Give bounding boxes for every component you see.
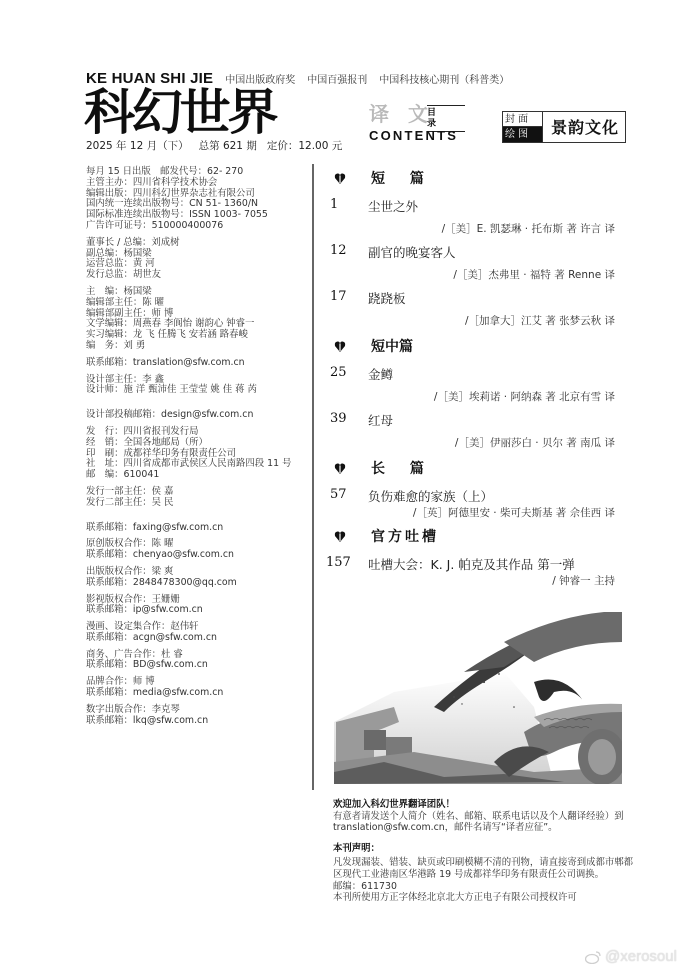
- info-line: 设计师：施 洋 甄沛佳 王莹莹 姚 佳 蒋 芮: [86, 385, 306, 396]
- info-line: 经 销：全国各地邮局（所）: [86, 438, 306, 449]
- statement-title: 本刊声明：: [333, 843, 633, 855]
- info-line: 联系邮箱：ip@sfw.com.cn: [86, 605, 306, 616]
- cover-artist: 景韵文化: [542, 112, 625, 142]
- author-translator: /［美］E. 凯瑟琳 · 托布斯 著 许言 译: [442, 221, 615, 236]
- contents-heading: 译 文 目 录 CONTENTS: [369, 103, 469, 147]
- section-heading: 短中篇: [330, 335, 620, 357]
- info-line: 编辑部主任：陈 曜: [86, 298, 306, 309]
- recruit-body: 有意者请发送个人简介（姓名、邮箱、联系电话以及个人翻译经验）到 translat…: [333, 811, 633, 834]
- weibo-icon: [585, 950, 601, 964]
- statement-line: 邮编：611730: [333, 881, 633, 893]
- author-translator: /［加拿大］江艾 著 张梦云秋 译: [465, 313, 615, 328]
- info-group: 品牌合作：师 博联系邮箱：media@sfw.com.cn: [86, 677, 306, 699]
- info-group: 影视版权合作：王姗姗联系邮箱：ip@sfw.com.cn: [86, 595, 306, 617]
- issue-date: 2025 年 12 月（下）: [86, 138, 189, 153]
- statement-line: 本刊所使用方正字体经北京北大方正电子有限公司授权许可: [333, 892, 633, 904]
- story-title: 红母: [368, 411, 393, 429]
- story-title: 跷跷板: [368, 289, 406, 307]
- info-group: 出版版权合作：梁 爽联系邮箱：2848478300@qq.com: [86, 567, 306, 589]
- masthead: KE HUAN SHI JIE 中国出版政府奖 中国百强报刊 中国科技核心期刊（…: [86, 70, 626, 160]
- toc-entry[interactable]: 25 金鳟 /［美］埃莉诺 · 阿纳森 著 北京有雪 译: [330, 365, 620, 411]
- info-line: 联系邮箱：chenyao@sfw.com.cn: [86, 550, 306, 561]
- vertical-divider: [312, 164, 314, 790]
- author-translator: /［美］埃莉诺 · 阿纳森 著 北京有雪 译: [434, 389, 615, 404]
- page-number: 25: [330, 365, 366, 380]
- info-group: 每月 15 日出版 邮发代号：62- 270主管主办：四川省科学技术协会编辑出版…: [86, 167, 306, 232]
- section-heading: 短 篇: [330, 167, 620, 189]
- info-line: 主管主办：四川省科学技术协会: [86, 178, 306, 189]
- info-group: 设计部投稿邮箱：design@sfw.com.cn: [86, 410, 306, 421]
- contents-latin: CONTENTS: [369, 128, 458, 143]
- dragon-scene-icon: [334, 612, 622, 784]
- cover-credit-box: 封 面 绘 图 景韵文化: [502, 111, 626, 143]
- toc-entry[interactable]: 39 红母 /［美］伊丽莎白 · 贝尔 著 南瓜 译: [330, 411, 620, 457]
- watermark-handle: @xerosoul: [605, 948, 677, 965]
- honor-item: 中国科技核心期刊（科普类）: [379, 71, 509, 86]
- author-translator: /［英］阿德里安 · 柴可夫斯基 著 佘佳西 译: [413, 505, 615, 520]
- section-bullet-icon: [333, 461, 347, 475]
- total-issue: 总第 621 期: [199, 138, 257, 153]
- info-line: 联系邮箱：2848478300@qq.com: [86, 578, 306, 589]
- recruit-title: 欢迎加入科幻世界翻译团队！: [333, 799, 633, 811]
- issue-info: 2025 年 12 月（下） 总第 621 期 定价：12.00 元: [86, 138, 342, 153]
- section-title: 短中篇: [371, 336, 413, 356]
- toc-entry[interactable]: 1 尘世之外 /［美］E. 凯瑟琳 · 托布斯 著 许言 译: [330, 197, 620, 243]
- page-number: 12: [330, 243, 366, 258]
- info-group: 设计部主任：李 鑫设计师：施 洋 甄沛佳 王莹莹 姚 佳 蒋 芮: [86, 375, 306, 397]
- honor-item: 中国百强报刊: [307, 71, 367, 86]
- illustration-label: 绘 图: [503, 127, 542, 142]
- toc-entry[interactable]: 17 跷跷板 /［加拿大］江艾 著 张梦云秋 译: [330, 289, 620, 335]
- info-group: 商务、广告合作：杜 睿联系邮箱：BD@sfw.com.cn: [86, 650, 306, 672]
- info-line: 设计部投稿邮箱：design@sfw.com.cn: [86, 410, 306, 421]
- notices: 欢迎加入科幻世界翻译团队！ 有意者请发送个人简介（姓名、邮箱、联系电话以及个人翻…: [333, 799, 633, 913]
- price: 定价：12.00 元: [267, 138, 342, 153]
- story-title: 副官的晚宴客人: [368, 243, 456, 261]
- author-translator: / 钟睿一 主持: [552, 573, 615, 588]
- author-translator: /［美］杰弗里 · 福特 著 Renne 译: [453, 267, 615, 282]
- info-line: 发行二部主任：吴 民: [86, 498, 306, 509]
- statement-line: 凡发现漏装、错装、缺页或印刷模糊不清的刊物，请直接寄到成都市郫都区现代工业港南区…: [333, 857, 633, 880]
- cover-label: 封 面: [503, 112, 542, 127]
- publication-info-column: 每月 15 日出版 邮发代号：62- 270主管主办：四川省科学技术协会编辑出版…: [86, 167, 306, 732]
- info-group: 发行一部主任：侯 嘉发行二部主任：吴 民: [86, 487, 306, 509]
- info-line: 联系邮箱：media@sfw.com.cn: [86, 688, 306, 699]
- section-heading: 官方吐槽: [330, 525, 620, 547]
- story-title: 尘世之外: [368, 197, 418, 215]
- info-line: 编 务：刘 勇: [86, 341, 306, 352]
- magazine-logo: 科幻世界: [84, 87, 275, 139]
- info-group: 原创版权合作：陈 曜联系邮箱：chenyao@sfw.com.cn: [86, 539, 306, 561]
- cover-credit-labels: 封 面 绘 图: [503, 112, 542, 142]
- info-group: 发 行：四川省报刊发行局经 销：全国各地邮局（所）印 刷：成都祥华印务有限责任公…: [86, 427, 306, 481]
- page-number: 39: [330, 411, 366, 426]
- table-of-contents: 短 篇 1 尘世之外 /［美］E. 凯瑟琳 · 托布斯 著 许言 译 12 副官…: [330, 167, 620, 593]
- section-heading: 长 篇: [330, 457, 620, 479]
- dragon-illustration: [334, 612, 622, 784]
- info-line: 联系邮箱：translation@sfw.com.cn: [86, 358, 306, 369]
- story-title: 吐槽大会：K. J. 帕克及其作品 第一弹: [368, 555, 575, 573]
- info-line: 联系邮箱：BD@sfw.com.cn: [86, 660, 306, 671]
- section-bullet-icon: [333, 529, 347, 543]
- info-line: 广告许可证号：510000400076: [86, 221, 306, 232]
- info-line: 联系邮箱：acgn@sfw.com.cn: [86, 633, 306, 644]
- toc-entry[interactable]: 12 副官的晚宴客人 /［美］杰弗里 · 福特 著 Renne 译: [330, 243, 620, 289]
- page-number: 1: [330, 197, 366, 212]
- info-group: 漫画、设定集合作：赵伟轩联系邮箱：acgn@sfw.com.cn: [86, 622, 306, 644]
- info-line: 联系邮箱：lkq@sfw.com.cn: [86, 716, 306, 727]
- info-line: 发行总监：胡世友: [86, 270, 306, 281]
- info-group: 数字出版合作：李克琴联系邮箱：lkq@sfw.com.cn: [86, 705, 306, 727]
- toc-entry[interactable]: 157 吐槽大会：K. J. 帕克及其作品 第一弹 / 钟睿一 主持: [330, 555, 620, 593]
- section-bullet-icon: [333, 339, 347, 353]
- statement-notice: 本刊声明： 凡发现漏装、错装、缺页或印刷模糊不清的刊物，请直接寄到成都市郫都区现…: [333, 843, 633, 904]
- section-title: 短 篇: [371, 168, 434, 188]
- info-group: 联系邮箱：faxing@sfw.com.cn: [86, 523, 306, 534]
- recruit-notice: 欢迎加入科幻世界翻译团队！ 有意者请发送个人简介（姓名、邮箱、联系电话以及个人翻…: [333, 799, 633, 834]
- page-number: 157: [326, 555, 362, 570]
- author-translator: /［美］伊丽莎白 · 贝尔 著 南瓜 译: [455, 435, 615, 450]
- toc-entry[interactable]: 57 负伤难愈的家族（上） /［英］阿德里安 · 柴可夫斯基 著 佘佳西 译: [330, 487, 620, 525]
- page-number: 57: [330, 487, 366, 502]
- watermark: @xerosoul: [585, 948, 677, 965]
- info-line: 联系邮箱：faxing@sfw.com.cn: [86, 523, 306, 534]
- page-number: 17: [330, 289, 366, 304]
- story-title: 金鳟: [368, 365, 393, 383]
- info-group: 主 编：杨国梁编辑部主任：陈 曜编辑部副主任：师 博文学编辑：周燕春 李阆怡 谢…: [86, 287, 306, 352]
- section-bullet-icon: [333, 171, 347, 185]
- section-label-yiwen: 译 文: [369, 103, 434, 125]
- info-line: 董事长 / 总编：刘成树: [86, 238, 306, 249]
- info-group: 董事长 / 总编：刘成树副总编：杨国梁运营总监：黄 河发行总监：胡世友: [86, 238, 306, 281]
- section-title: 长 篇: [371, 458, 434, 478]
- info-group: 联系邮箱：translation@sfw.com.cn: [86, 358, 306, 369]
- info-line: 邮 编：610041: [86, 470, 306, 481]
- story-title: 负伤难愈的家族（上）: [368, 487, 493, 505]
- section-title: 官方吐槽: [371, 526, 439, 546]
